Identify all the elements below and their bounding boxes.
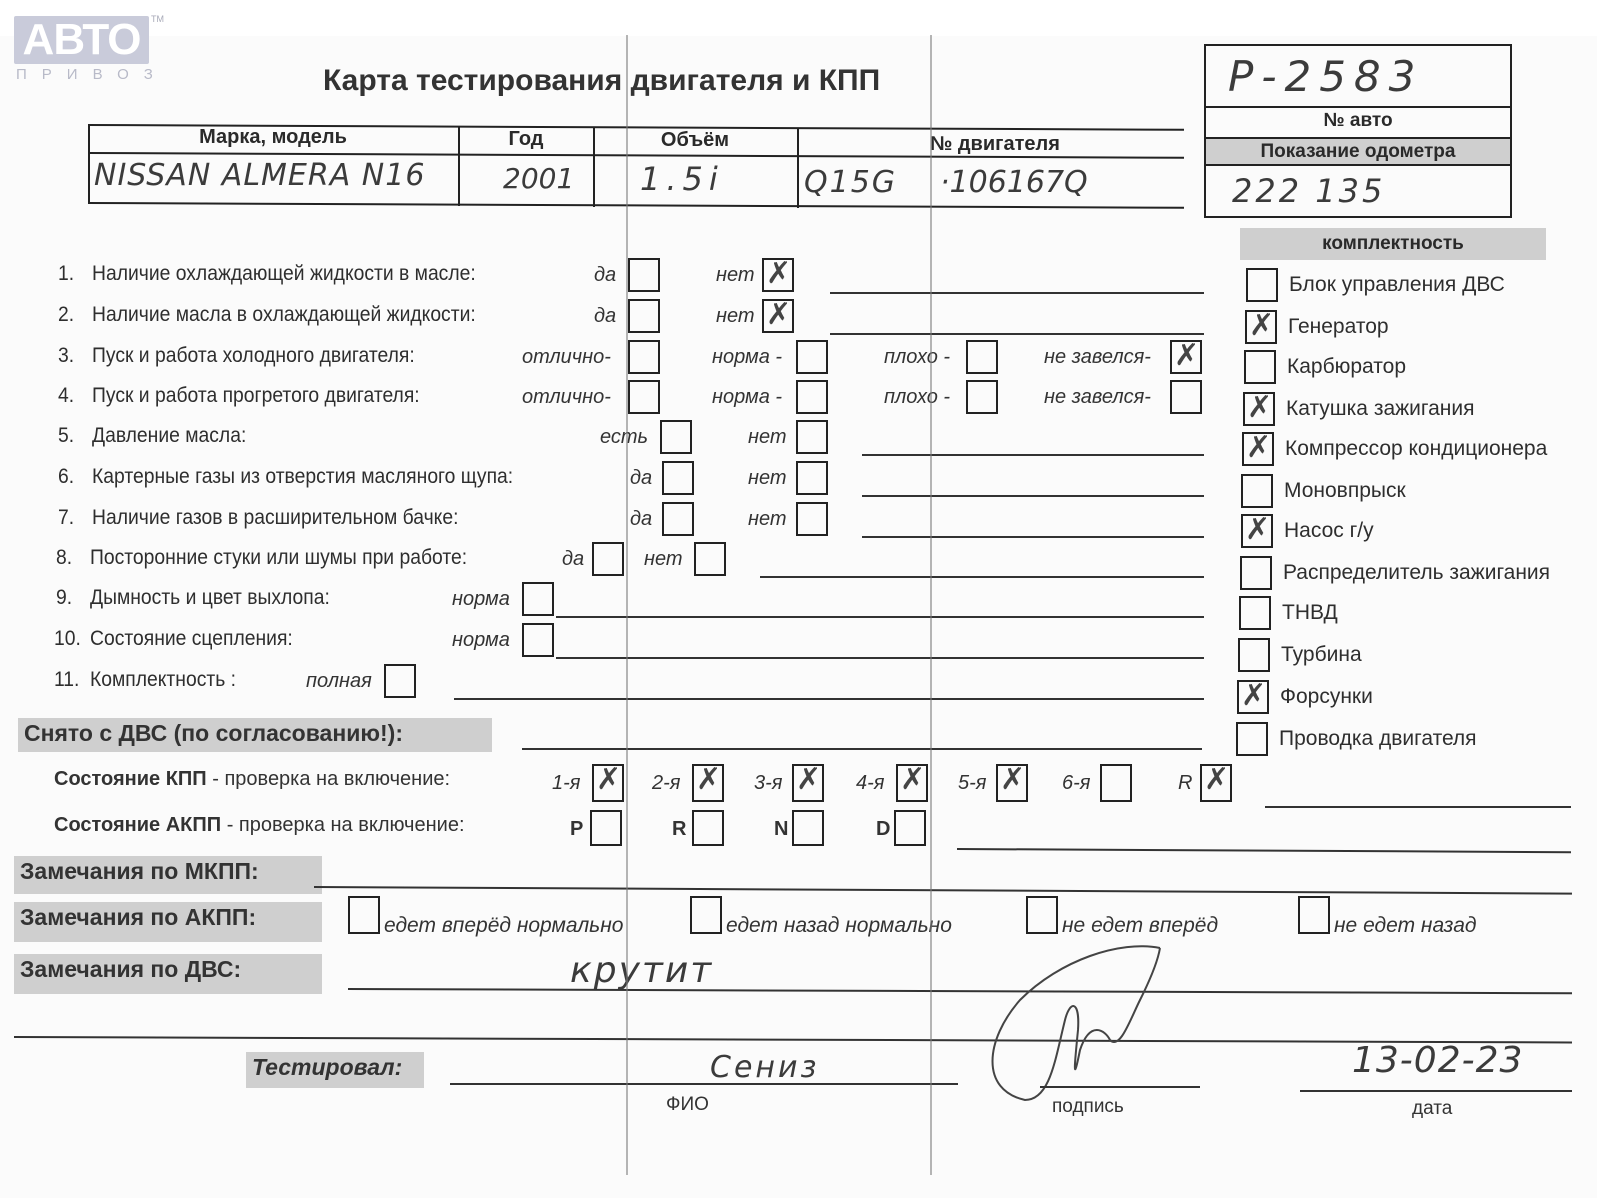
akpp-remark-label: не едет вперёд <box>1062 914 1218 938</box>
mkpp-remarks-label: Замечания по МКПП: <box>14 856 322 894</box>
option-checkbox[interactable] <box>694 542 726 576</box>
question-label: Комплектность : <box>90 668 236 692</box>
akpp-label: Состояние АКПП - проверка на включение: <box>54 814 465 837</box>
odometer-value[interactable]: 222 135 <box>1232 172 1385 210</box>
option-checkbox[interactable] <box>628 258 660 292</box>
kpp-label: Состояние КПП - проверка на включение: <box>54 768 450 791</box>
kit-item-label: ТНВД <box>1282 601 1338 625</box>
kit-item-label: Форсунки <box>1280 685 1373 709</box>
kpp-gear-label: 3-я <box>754 772 782 795</box>
kpp-gear-checkbox[interactable] <box>692 764 724 802</box>
note-field[interactable] <box>454 698 1204 700</box>
divider <box>14 1036 1572 1043</box>
option-label: нет <box>748 426 787 449</box>
kit-item-label: Насос г/у <box>1284 519 1374 543</box>
question-label: Наличие масла в охлаждающей жидкости: <box>92 303 476 327</box>
kpp-gear-label: 6-я <box>1062 772 1090 795</box>
question-label: Пуск и работа холодного двигателя: <box>92 344 415 368</box>
kpp-gear-checkbox[interactable] <box>996 764 1028 802</box>
option-label: норма - <box>712 386 782 409</box>
option-checkbox[interactable] <box>660 420 692 454</box>
option-label: нет <box>748 508 787 531</box>
option-checkbox[interactable] <box>662 502 694 536</box>
question-label: Давление масла: <box>92 424 246 448</box>
akpp-gear-label: D <box>876 818 890 841</box>
option-label: отлично- <box>522 346 611 369</box>
option-label: да <box>630 467 652 490</box>
logo-trademark: TM <box>151 14 164 24</box>
akpp-gear-checkbox[interactable] <box>894 810 926 846</box>
question-number: 1. <box>58 262 74 286</box>
note-field[interactable] <box>830 333 1204 335</box>
option-label: есть <box>600 426 648 449</box>
option-label: норма <box>452 629 510 652</box>
engine-number-value[interactable]: ·106167Q <box>940 165 1088 200</box>
col-volume: Объём <box>595 129 795 152</box>
kit-checkbox[interactable] <box>1242 432 1274 466</box>
akpp-gear-checkbox[interactable] <box>692 810 724 846</box>
removed-from-engine-field[interactable] <box>522 748 1202 750</box>
question-number: 10. <box>54 627 81 651</box>
question-number: 5. <box>58 424 74 448</box>
option-label: не завелся- <box>1044 346 1151 369</box>
question-number: 2. <box>58 303 74 327</box>
akpp-remark-label: не едет назад <box>1334 914 1476 938</box>
kit-item-label: Распределитель зажигания <box>1283 561 1550 585</box>
akpp-gear-checkbox[interactable] <box>792 810 824 846</box>
question-number: 3. <box>58 344 74 368</box>
note-field[interactable] <box>556 657 1204 659</box>
question-label: Наличие газов в расширительном бачке: <box>92 506 458 530</box>
kpp-gear-checkbox[interactable] <box>896 764 928 802</box>
note-field[interactable] <box>556 616 1204 618</box>
signature-caption: подпись <box>1052 1096 1124 1118</box>
question-number: 11. <box>54 668 79 692</box>
question-number: 9. <box>56 586 72 610</box>
tester-name-value[interactable]: Сениз <box>710 1050 819 1085</box>
logo-subtitle: ПРИВОЗ <box>16 66 168 83</box>
dvs-remarks-label: Замечания по ДВС: <box>14 954 322 994</box>
kpp-gear-checkbox[interactable] <box>792 764 824 802</box>
note-field[interactable] <box>830 292 1204 294</box>
akpp-remark-checkbox[interactable] <box>348 896 380 934</box>
kit-checkbox[interactable] <box>1246 268 1278 302</box>
option-checkbox[interactable] <box>628 299 660 333</box>
removed-from-engine-label: Снято с ДВС (по согласованию!): <box>18 718 492 752</box>
question-number: 7. <box>58 506 74 530</box>
question-label: Картерные газы из отверстия масляного щу… <box>92 465 513 489</box>
kit-checkbox[interactable] <box>1243 392 1275 426</box>
note-field[interactable] <box>862 495 1204 497</box>
note-field[interactable] <box>760 576 1204 578</box>
option-checkbox[interactable] <box>966 340 998 374</box>
question-number: 4. <box>58 384 74 408</box>
tested-by-label: Тестировал: <box>246 1052 424 1088</box>
option-label: норма <box>452 588 510 611</box>
engine-code-value[interactable]: Q15G <box>804 165 897 200</box>
kit-checkbox[interactable] <box>1237 680 1269 714</box>
date-caption: дата <box>1412 1098 1452 1120</box>
akpp-remark-checkbox[interactable] <box>1026 896 1058 934</box>
option-checkbox[interactable] <box>796 380 828 414</box>
option-checkbox[interactable] <box>796 502 828 536</box>
akpp-remark-label: едет вперёд нормально <box>384 914 623 938</box>
option-checkbox[interactable] <box>1170 340 1202 374</box>
kit-checkbox[interactable] <box>1238 638 1270 672</box>
akpp-remarks-label: Замечания по АКПП: <box>14 902 322 942</box>
note-field[interactable] <box>862 454 1204 456</box>
col-brand-model: Марка, модель <box>90 126 456 149</box>
scan-fold-line <box>930 35 932 1175</box>
option-label: норма - <box>712 346 782 369</box>
option-checkbox[interactable] <box>662 461 694 495</box>
option-label: не завелся- <box>1044 386 1151 409</box>
scan-margin <box>0 0 1597 36</box>
question-number: 6. <box>58 465 74 489</box>
akpp-note-field[interactable] <box>957 848 1571 853</box>
col-engine-number: № двигателя <box>930 133 1060 156</box>
auto-number-label: № авто <box>1206 110 1510 132</box>
kit-item-label: Генератор <box>1288 315 1389 339</box>
year-value[interactable]: 2001 <box>503 162 574 195</box>
option-checkbox[interactable] <box>628 380 660 414</box>
option-checkbox[interactable] <box>628 340 660 374</box>
odometer-label: Показание одометра <box>1206 139 1510 164</box>
kit-checkbox[interactable] <box>1236 722 1268 756</box>
kpp-note-field[interactable] <box>1265 806 1571 808</box>
kpp-gear-label: 4-я <box>856 772 884 795</box>
kit-checkbox[interactable] <box>1239 596 1271 630</box>
name-caption: ФИО <box>666 1094 709 1116</box>
option-label: нет <box>748 467 787 490</box>
akpp-remark-checkbox[interactable] <box>690 896 722 934</box>
scan-fold-line <box>626 35 628 1175</box>
option-label: да <box>630 508 652 531</box>
kpp-gear-label: R <box>1178 772 1192 795</box>
option-label: да <box>562 548 584 571</box>
kit-title: комплектность <box>1240 228 1546 260</box>
akpp-remark-label: едет назад нормально <box>726 914 952 938</box>
option-label: нет <box>716 264 755 287</box>
option-checkbox[interactable] <box>796 461 828 495</box>
kit-item-label: Моновпрыск <box>1284 479 1406 503</box>
option-label: отлично- <box>522 386 611 409</box>
option-label: плохо - <box>884 346 950 369</box>
tester-name-field[interactable] <box>450 1083 958 1085</box>
date-field[interactable] <box>1300 1090 1572 1092</box>
option-checkbox[interactable] <box>796 340 828 374</box>
kit-checkbox[interactable] <box>1240 556 1272 590</box>
akpp-gear-label: N <box>774 818 788 841</box>
option-label: да <box>594 264 616 287</box>
dvs-remarks-field[interactable] <box>348 988 1572 994</box>
question-number: 8. <box>56 546 72 570</box>
question-label: Посторонние стуки или шумы при работе: <box>90 546 467 570</box>
question-label: Пуск и работа прогретого двигателя: <box>92 384 420 408</box>
kit-checkbox[interactable] <box>1241 514 1273 548</box>
logo: АВТО <box>14 16 149 64</box>
option-label: полная <box>306 670 372 693</box>
col-year: Год <box>460 128 592 151</box>
option-checkbox[interactable] <box>966 380 998 414</box>
kit-item-label: Компрессор кондиционера <box>1285 437 1547 461</box>
mkpp-remarks-field[interactable] <box>314 886 1572 895</box>
option-checkbox[interactable] <box>522 623 554 657</box>
kit-checkbox[interactable] <box>1241 474 1273 508</box>
auto-number-value[interactable]: Р-2583 <box>1228 52 1423 101</box>
note-field[interactable] <box>862 536 1204 538</box>
brand-model-value[interactable]: NISSAN ALMERA N16 <box>94 158 425 193</box>
kpp-gear-checkbox[interactable] <box>592 764 624 802</box>
option-label: плохо - <box>884 386 950 409</box>
option-checkbox[interactable] <box>1170 380 1202 414</box>
option-checkbox[interactable] <box>522 582 554 616</box>
question-label: Дымность и цвет выхлопа: <box>90 586 330 610</box>
volume-value[interactable]: 1.5i <box>640 160 724 198</box>
option-label: нет <box>644 548 683 571</box>
option-checkbox[interactable] <box>762 258 794 292</box>
page-title: Карта тестирования двигателя и КПП <box>323 64 880 98</box>
kpp-gear-label: 5-я <box>958 772 986 795</box>
kit-item-label: Проводка двигателя <box>1279 727 1477 751</box>
option-label: да <box>594 305 616 328</box>
signature[interactable] <box>980 940 1200 1115</box>
akpp-gear-label: P <box>570 818 583 841</box>
date-value[interactable]: 13-02-23 <box>1352 1040 1523 1081</box>
akpp-remark-checkbox[interactable] <box>1298 896 1330 934</box>
kpp-gear-label: 2-я <box>652 772 680 795</box>
kit-item-label: Катушка зажигания <box>1286 397 1474 421</box>
option-checkbox[interactable] <box>384 664 416 698</box>
dvs-remarks-value[interactable]: крутит <box>570 950 713 991</box>
kit-item-label: Блок управления ДВС <box>1289 273 1505 297</box>
question-label: Состояние сцепления: <box>90 627 293 651</box>
kpp-gear-checkbox[interactable] <box>1200 764 1232 802</box>
kpp-gear-checkbox[interactable] <box>1100 764 1132 802</box>
kit-item-label: Карбюратор <box>1287 355 1406 379</box>
question-label: Наличие охлаждающей жидкости в масле: <box>92 262 476 286</box>
signature-field[interactable] <box>1040 1086 1200 1088</box>
option-checkbox[interactable] <box>762 299 794 333</box>
kit-checkbox[interactable] <box>1245 310 1277 344</box>
kit-checkbox[interactable] <box>1244 350 1276 384</box>
option-checkbox[interactable] <box>592 542 624 576</box>
kpp-gear-label: 1-я <box>552 772 580 795</box>
akpp-gear-label: R <box>672 818 686 841</box>
akpp-gear-checkbox[interactable] <box>590 810 622 846</box>
option-label: нет <box>716 305 755 328</box>
kit-item-label: Турбина <box>1281 643 1362 667</box>
option-checkbox[interactable] <box>796 420 828 454</box>
